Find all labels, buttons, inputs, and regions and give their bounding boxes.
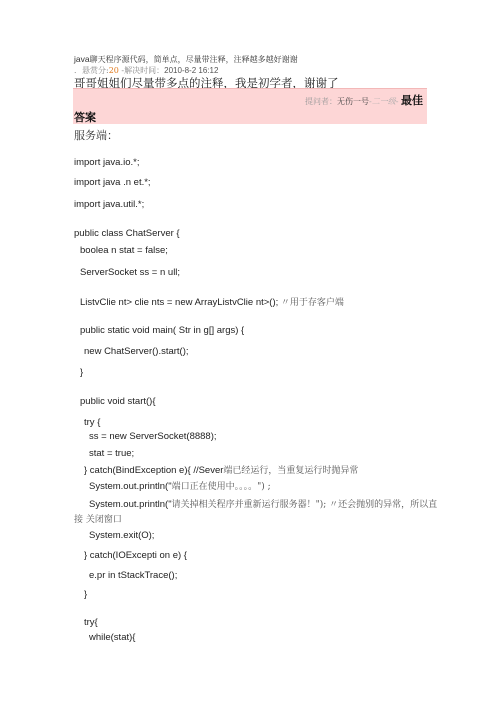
code-line: } catch(IOExcepti on e) { xyxy=(84,550,187,561)
question-title-latin: java xyxy=(74,54,90,64)
code-text: new ChatServer().start(); xyxy=(84,346,189,357)
code-text: stat = true; xyxy=(89,448,134,459)
code-comment: 请关掉相关程序并重新运行服务器！"); 〃还会抛别的异常，所以直 xyxy=(172,500,438,510)
best-answer-header: 提问者：无伤一号-二一级- 最佳 答案 xyxy=(73,88,427,124)
code-line: 接 关闭窗口 xyxy=(74,512,122,525)
code-text: try{ xyxy=(84,617,98,628)
code-text: } xyxy=(84,589,87,600)
code-text: ss = new ServerSocket(8888); xyxy=(89,431,217,442)
code-comment: 端已经运行，当重复运行时抛异常 xyxy=(223,466,358,476)
asker-level: -二一级- xyxy=(369,97,398,106)
code-line: new ChatServer().start(); xyxy=(84,346,189,357)
code-line: try{ xyxy=(84,617,98,628)
code-text: import java .n et.*; xyxy=(74,177,151,188)
question-title-cn: 聊天程序源代码，简单点，尽量带注释，注释越多越好谢谢 xyxy=(90,55,298,64)
best-answer-label-2: 答案 xyxy=(74,109,96,125)
code-text: public void start(){ xyxy=(80,396,156,407)
document-page: java聊天程序源代码，简单点，尽量带注释，注释越多越好谢谢 ．悬赏分:20 -… xyxy=(0,0,500,707)
code-text: e.pr in tStackTrace(); xyxy=(89,570,177,581)
code-text: System.exit(O); xyxy=(89,530,154,541)
code-line: } catch(BindException e){ //Sever端已经运行，当… xyxy=(84,463,358,476)
code-text: try { xyxy=(84,417,100,428)
code-line: while(stat){ xyxy=(89,632,135,643)
code-line: ServerSocket ss = n ull; xyxy=(80,267,180,278)
code-text: } catch(BindException e){ //Sever xyxy=(84,465,223,476)
code-line: boolea n stat = false; xyxy=(80,245,168,256)
code-line: System.out.println("请关掉相关程序并重新运行服务器！"); … xyxy=(89,497,437,510)
code-line: try { xyxy=(84,417,100,428)
code-line: public void start(){ xyxy=(80,396,156,407)
code-text: System.out.println(" xyxy=(89,499,172,510)
code-line: import java.util.*; xyxy=(74,199,144,210)
code-line: public static void main( Str in g[] args… xyxy=(80,325,244,336)
code-comment: 接 关闭窗口 xyxy=(74,515,122,525)
code-line: import java .n et.*; xyxy=(74,177,151,188)
reward-value: 20 xyxy=(109,66,119,75)
code-text: System.out.println(" xyxy=(89,481,172,492)
code-text: public class ChatServer { xyxy=(74,228,180,239)
resolve-time-label: -解决时间： xyxy=(119,66,164,75)
code-line: } xyxy=(84,589,87,600)
resolve-time: 2010-8-2 16:12 xyxy=(164,66,218,75)
code-text: boolea n stat = false; xyxy=(80,245,168,256)
asker-label: 提问者： xyxy=(305,97,337,106)
section-label-server: 服务端： xyxy=(74,127,118,143)
code-line: public class ChatServer { xyxy=(74,228,180,239)
code-text: import java.util.*; xyxy=(74,199,144,210)
code-comment: 〃用于存客户端 xyxy=(281,298,344,308)
code-line: } xyxy=(80,367,83,378)
code-text: ServerSocket ss = n ull; xyxy=(80,267,180,278)
code-text: } catch(IOExcepti on e) { xyxy=(84,550,187,561)
code-line: e.pr in tStackTrace(); xyxy=(89,570,177,581)
code-text: public static void main( Str in g[] args… xyxy=(80,325,244,336)
code-text: import java.io.*; xyxy=(74,157,139,168)
code-text: while(stat){ xyxy=(89,632,135,643)
code-line: import java.io.*; xyxy=(74,157,139,168)
code-line: System.exit(O); xyxy=(89,530,154,541)
reward-label: ．悬赏分: xyxy=(74,66,109,75)
best-answer-label-1: 最佳 xyxy=(401,94,423,107)
question-title: java聊天程序源代码，简单点，尽量带注释，注释越多越好谢谢 xyxy=(74,54,298,65)
code-text: ListvClie nt> clie nts = new ArrayListvC… xyxy=(80,297,281,308)
code-line: ListvClie nt> clie nts = new ArrayListvC… xyxy=(80,295,344,308)
code-comment: 端口正在使用中。。。。") ; xyxy=(172,482,271,492)
asker-info: 提问者：无伤一号-二一级- 最佳 xyxy=(305,92,423,108)
code-line: ss = new ServerSocket(8888); xyxy=(89,431,217,442)
asker-name: 无伤一号 xyxy=(337,97,369,106)
code-line: stat = true; xyxy=(89,448,134,459)
code-text: } xyxy=(80,367,83,378)
code-line: System.out.println("端口正在使用中。。。。") ; xyxy=(89,479,271,492)
